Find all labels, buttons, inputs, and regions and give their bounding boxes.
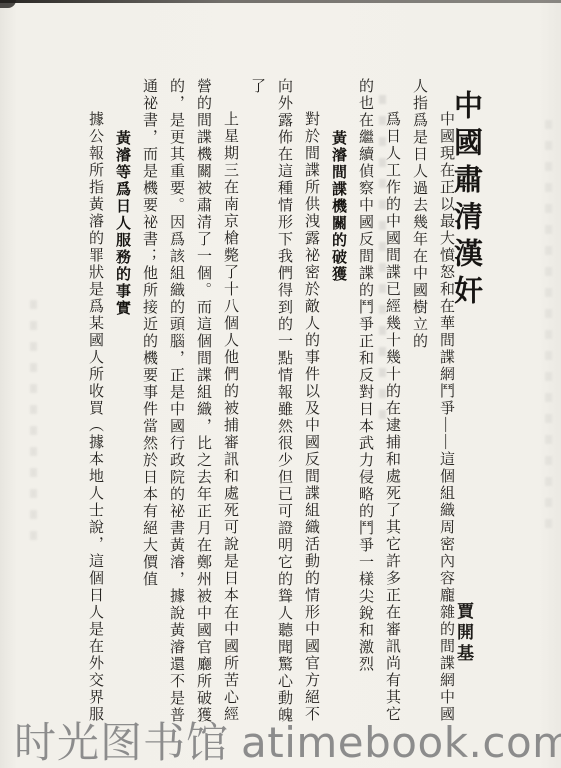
section-heading: 黃濬等爲日人服務的事實: [108, 78, 135, 726]
watermark-site-name: 时光图书馆: [14, 718, 229, 767]
watermark-domain: atimebook.com: [241, 718, 561, 767]
paragraph: 上星期三在南京槍斃了十八個人他們的被捕審訊和處死可說是日本在中國所苦心經營的間諜…: [135, 78, 243, 726]
watermark: 时光图书馆atimebook.com: [14, 722, 561, 764]
paragraph: 據公報所指黃濬的罪狀是爲某國人所收買（據本地人士說，這個日人是在外交界服務的現: [79, 78, 108, 726]
section-heading: 黃濬間諜機關的破獲: [324, 78, 351, 726]
article-body: 中國現在正以最大憤怒和在華間諜網鬥爭——這個組織周密內容龐雜的間諜網中國人指爲是…: [79, 78, 459, 726]
scan-bleedthrough-mark: [30, 300, 37, 540]
paragraph: 爲日人工作的中國間諜已經幾十幾十的在逮捕和處死了其它許多正在審訊尚有其它的也在繼…: [351, 78, 405, 726]
scanned-page: 中國肅清漢奸 賈開基 中國現在正以最大憤怒和在華間諜網鬥爭——這個組織周密內容龐…: [0, 0, 561, 768]
paragraph: 中國現在正以最大憤怒和在華間諜網鬥爭——這個組織周密內容龐雜的間諜網中國人指爲是…: [405, 78, 459, 726]
scan-artifact-top-edge: [0, 0, 561, 3]
paragraph: 對於間諜所供洩露祕密於敵人的事件以及中國反間諜組織活動的情形中國官方絕不向外露佈…: [243, 78, 324, 726]
scan-artifact-corner: [0, 0, 16, 8]
scan-bleedthrough-mark: [545, 120, 552, 540]
